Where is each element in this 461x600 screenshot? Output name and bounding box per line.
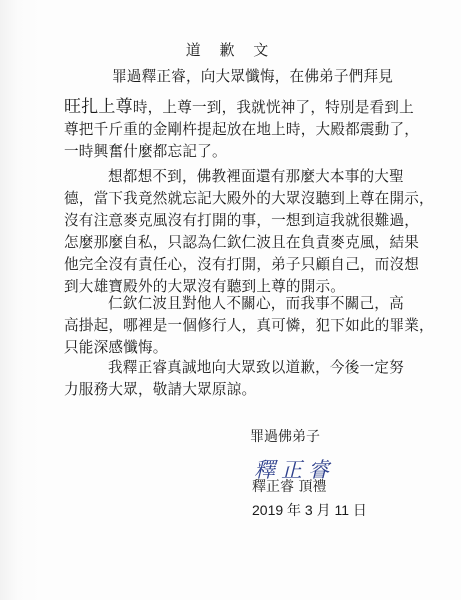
sender-label: 罪過佛弟子 bbox=[250, 426, 320, 446]
paragraph-2-line-3: 沒有注意麥克風沒有打開的事，一想到這我就很難過， bbox=[64, 210, 404, 232]
greeting-text: 罪過釋正睿，向大眾懺悔，在佛弟子們拜見 bbox=[112, 66, 432, 88]
paragraph-3-line-1: 仁欽仁波且對他人不關心，而我事不關己，高 bbox=[64, 293, 404, 315]
paragraph-2: 想都想不到，佛教裡面還有那麼大本事的大聖 德，當下我竟然就忘記大殿外的大眾沒聽到… bbox=[64, 166, 404, 298]
paragraph-4-line-2: 力服務大眾，敬請大眾原諒。 bbox=[64, 379, 404, 401]
document-title: 道 歉 文 bbox=[0, 39, 461, 60]
greeting-line: 罪過釋正睿，向大眾懺悔，在佛弟子們拜見 bbox=[112, 66, 432, 88]
paragraph-2-line-5: 他完全沒有責任心，沒有打開，弟子只顧自己，而沒想 bbox=[64, 254, 404, 276]
paragraph-4-line-1: 我釋正睿真誠地向大眾致以道歉，今後一定努 bbox=[64, 357, 404, 379]
paragraph-2-line-4: 怎麼那麼自私，只認為仁欽仁波且在負責麥克風，結果 bbox=[64, 232, 404, 254]
paragraph-1: 旺扎上尊時，上尊一到，我就恍神了，特別是看到上 尊把千斤重的金剛杵提起放在地上時… bbox=[64, 96, 404, 163]
paragraph-3: 仁欽仁波且對他人不關心，而我事不關己，高 高掛起，哪裡是一個修行人，真可憐，犯下… bbox=[64, 293, 404, 359]
paragraph-1-line-2: 尊把千斤重的金剛杵提起放在地上時，大殿都震動了， bbox=[64, 119, 404, 141]
paragraph-3-line-3: 只能深感懺悔。 bbox=[64, 337, 404, 359]
paragraph-1-line-3: 一時興奮什麼都忘記了。 bbox=[64, 141, 404, 163]
paragraph-3-line-2: 高掛起，哪裡是一個修行人，真可憐，犯下如此的罪業， bbox=[64, 315, 404, 337]
paragraph-4: 我釋正睿真誠地向大眾致以道歉，今後一定努 力服務大眾，敬請大眾原諒。 bbox=[64, 357, 404, 401]
paragraph-1-lead: 旺扎上尊 bbox=[64, 97, 133, 117]
paragraph-1-line-1: 時，上尊一到，我就恍神了，特別是看到上 bbox=[133, 99, 414, 116]
printed-name: 釋正睿 頂禮 bbox=[252, 476, 326, 496]
document-page: 道 歉 文 罪過釋正睿，向大眾懺悔，在佛弟子們拜見 旺扎上尊時，上尊一到，我就恍… bbox=[0, 0, 461, 600]
paragraph-2-line-2: 德，當下我竟然就忘記大殿外的大眾沒聽到上尊在開示， bbox=[64, 188, 404, 210]
paragraph-2-line-1: 想都想不到，佛教裡面還有那麼大本事的大聖 bbox=[64, 166, 404, 188]
document-date: 2019 年 3 月 11 日 bbox=[252, 500, 367, 520]
